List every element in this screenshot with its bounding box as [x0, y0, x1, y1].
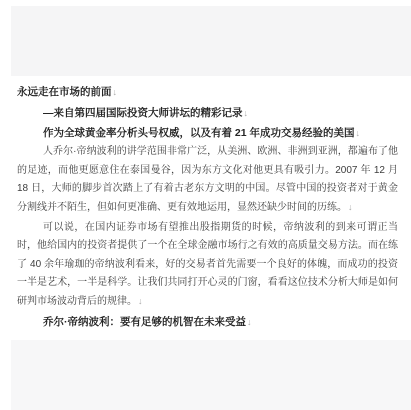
document-page: 永远走在市场的前面↓ —来自第四届国际投资大师讲坛的精彩记录↓ 作为全球黄金率分…: [0, 0, 411, 410]
intro-heading-line: 作为全球黄金率分析头号权威，以及有着 21 年成功交易经验的美国↓: [17, 124, 398, 142]
paragraph-mark-icon: ↓: [347, 202, 353, 212]
subtitle-text: —来自第四届国际投资大师讲坛的精彩记录: [43, 107, 243, 119]
body-paragraph: 人乔尔·帝纳波利的讲学范围非常广泛，从美洲、欧洲、非洲到亚洲，都遍布了他的足迹，…: [17, 143, 398, 218]
paragraph-mark-icon: ↓: [137, 296, 143, 306]
document-text-block: 永远走在市场的前面↓ —来自第四届国际投资大师讲坛的精彩记录↓ 作为全球黄金率分…: [17, 83, 398, 332]
subtitle-line: —来自第四届国际投资大师讲坛的精彩记录↓: [17, 104, 398, 122]
speaker-heading-text: 乔尔·帝纳波利：要有足够的机智在未来受益: [43, 316, 246, 328]
body-paragraph: 可以说，在国内证券市场有望推出股指期货的时候，帝纳波利的到来可谓正当时，他给国内…: [17, 219, 398, 312]
paragraph-mark-icon: ↓: [355, 128, 361, 138]
paragraph-mark-icon: ↓: [246, 317, 252, 327]
title-text: 永远走在市场的前面: [17, 86, 112, 98]
paragraph-mark-icon: ↓: [112, 87, 118, 97]
body-paragraph-text: 人乔尔·帝纳波利的讲学范围非常广泛，从美洲、欧洲、非洲到亚洲，都遍布了他的足迹，…: [17, 146, 398, 213]
bottom-image-placeholder: [11, 340, 411, 410]
speaker-heading-line: 乔尔·帝纳波利：要有足够的机智在未来受益↓: [17, 313, 398, 331]
top-image-placeholder: [11, 6, 411, 76]
title-line: 永远走在市场的前面↓: [17, 83, 398, 101]
intro-heading-text: 作为全球黄金率分析头号权威，以及有着 21 年成功交易经验的美国: [43, 127, 355, 139]
paragraph-mark-icon: ↓: [243, 108, 249, 118]
body-paragraph-text: 可以说，在国内证券市场有望推出股指期货的时候，帝纳波利的到来可谓正当时，他给国内…: [17, 222, 398, 308]
